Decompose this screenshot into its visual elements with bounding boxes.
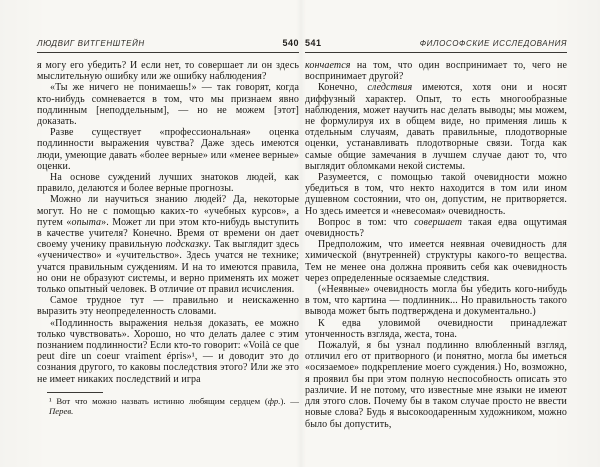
text-run: («Неявные» очевидность могла бы убедить … xyxy=(305,284,567,317)
footnote-separator xyxy=(47,392,103,393)
paragraph: я могу его убедить? И если нет, то совер… xyxy=(37,60,299,82)
text-run: ). — xyxy=(280,396,299,406)
paragraph: Разумеется, с помощью такой очевидности … xyxy=(305,172,567,217)
text-run: К едва уловимой очевидности принадлежат … xyxy=(305,318,567,340)
right-running-title: ФИЛОСОФСКИЕ ИССЛЕДОВАНИЯ xyxy=(420,39,567,48)
text-run: Конечно, xyxy=(318,82,367,93)
paragraph: кончается на том, что один воспринимает … xyxy=(305,60,567,82)
paragraph: «Ты же ничего не понимаешь!» — так говор… xyxy=(37,82,299,127)
text-run: Пожалуй, я бы узнал подлинно влюбленный … xyxy=(305,340,567,429)
italic-text-run: опыта xyxy=(72,217,102,228)
text-run: Самое трудное тут — правильно и неискаже… xyxy=(37,295,299,317)
right-page-header: 541 ФИЛОСОФСКИЕ ИССЛЕДОВАНИЯ xyxy=(305,38,567,53)
paragraph: Самое трудное тут — правильно и неискаже… xyxy=(37,295,299,317)
right-page: 541 ФИЛОСОФСКИЕ ИССЛЕДОВАНИЯ кончается н… xyxy=(305,38,567,430)
paragraph: ¹ Вот что можно назвать истинно любящим … xyxy=(49,396,299,417)
left-page: ЛЮДВИГ ВИТГЕНШТЕЙН 540 я могу его убедит… xyxy=(37,38,299,417)
left-page-text: я могу его убедить? И если нет, то совер… xyxy=(37,60,299,385)
left-page-number: 540 xyxy=(282,38,299,48)
paragraph: «Подлинность выражения нельзя доказать, … xyxy=(37,318,299,385)
text-run: Разумеется, с помощью такой очевидности … xyxy=(305,172,567,217)
paragraph: Разве существует «профессиональная» оцен… xyxy=(37,127,299,172)
paragraph: («Неявные» очевидность могла бы убедить … xyxy=(305,284,567,318)
text-run: «Ты же ничего не понимаешь!» — так говор… xyxy=(37,82,299,127)
italic-text-run: подсказку xyxy=(166,239,209,250)
text-run: «Подлинность выражения нельзя доказать, … xyxy=(37,318,299,385)
paragraph: Конечно, следствия имеются, хотя они и н… xyxy=(305,82,567,172)
italic-text-run: кончается xyxy=(305,60,351,71)
paragraph: Предположим, что имеется неявная очевидн… xyxy=(305,239,567,284)
italic-text-run: Перев. xyxy=(49,406,73,416)
left-page-footnote: ¹ Вот что можно назвать истинно любящим … xyxy=(37,396,299,417)
italic-text-run: следствия xyxy=(367,82,412,93)
book-spread-scan: { "book": { "left_page": { "running_titl… xyxy=(0,0,600,467)
right-page-number: 541 xyxy=(305,38,322,48)
right-page-text: кончается на том, что один воспринимает … xyxy=(305,60,567,430)
text-run: На основе суждений лучших знатоков людей… xyxy=(37,172,299,194)
left-running-title: ЛЮДВИГ ВИТГЕНШТЕЙН xyxy=(37,39,145,48)
italic-text-run: фр. xyxy=(268,396,281,406)
text-run: Вопрос в том: что xyxy=(318,217,414,228)
text-run: ¹ Вот что можно назвать истинно любящим … xyxy=(49,396,268,406)
paragraph: Пожалуй, я бы узнал подлинно влюбленный … xyxy=(305,340,567,430)
italic-text-run: совершает xyxy=(414,217,462,228)
text-run: я могу его убедить? И если нет, то совер… xyxy=(37,60,299,82)
paragraph: К едва уловимой очевидности принадлежат … xyxy=(305,318,567,340)
text-run: Разве существует «профессиональная» оцен… xyxy=(37,127,299,172)
left-page-header: ЛЮДВИГ ВИТГЕНШТЕЙН 540 xyxy=(37,38,299,53)
paragraph: Можно ли научиться знанию людей? Да, нек… xyxy=(37,194,299,295)
paragraph: Вопрос в том: что совершает такая едва о… xyxy=(305,217,567,239)
paragraph: На основе суждений лучших знатоков людей… xyxy=(37,172,299,194)
text-run: Предположим, что имеется неявная очевидн… xyxy=(305,239,567,284)
text-run: имеются, хотя они и носят диффузный хара… xyxy=(305,82,567,171)
